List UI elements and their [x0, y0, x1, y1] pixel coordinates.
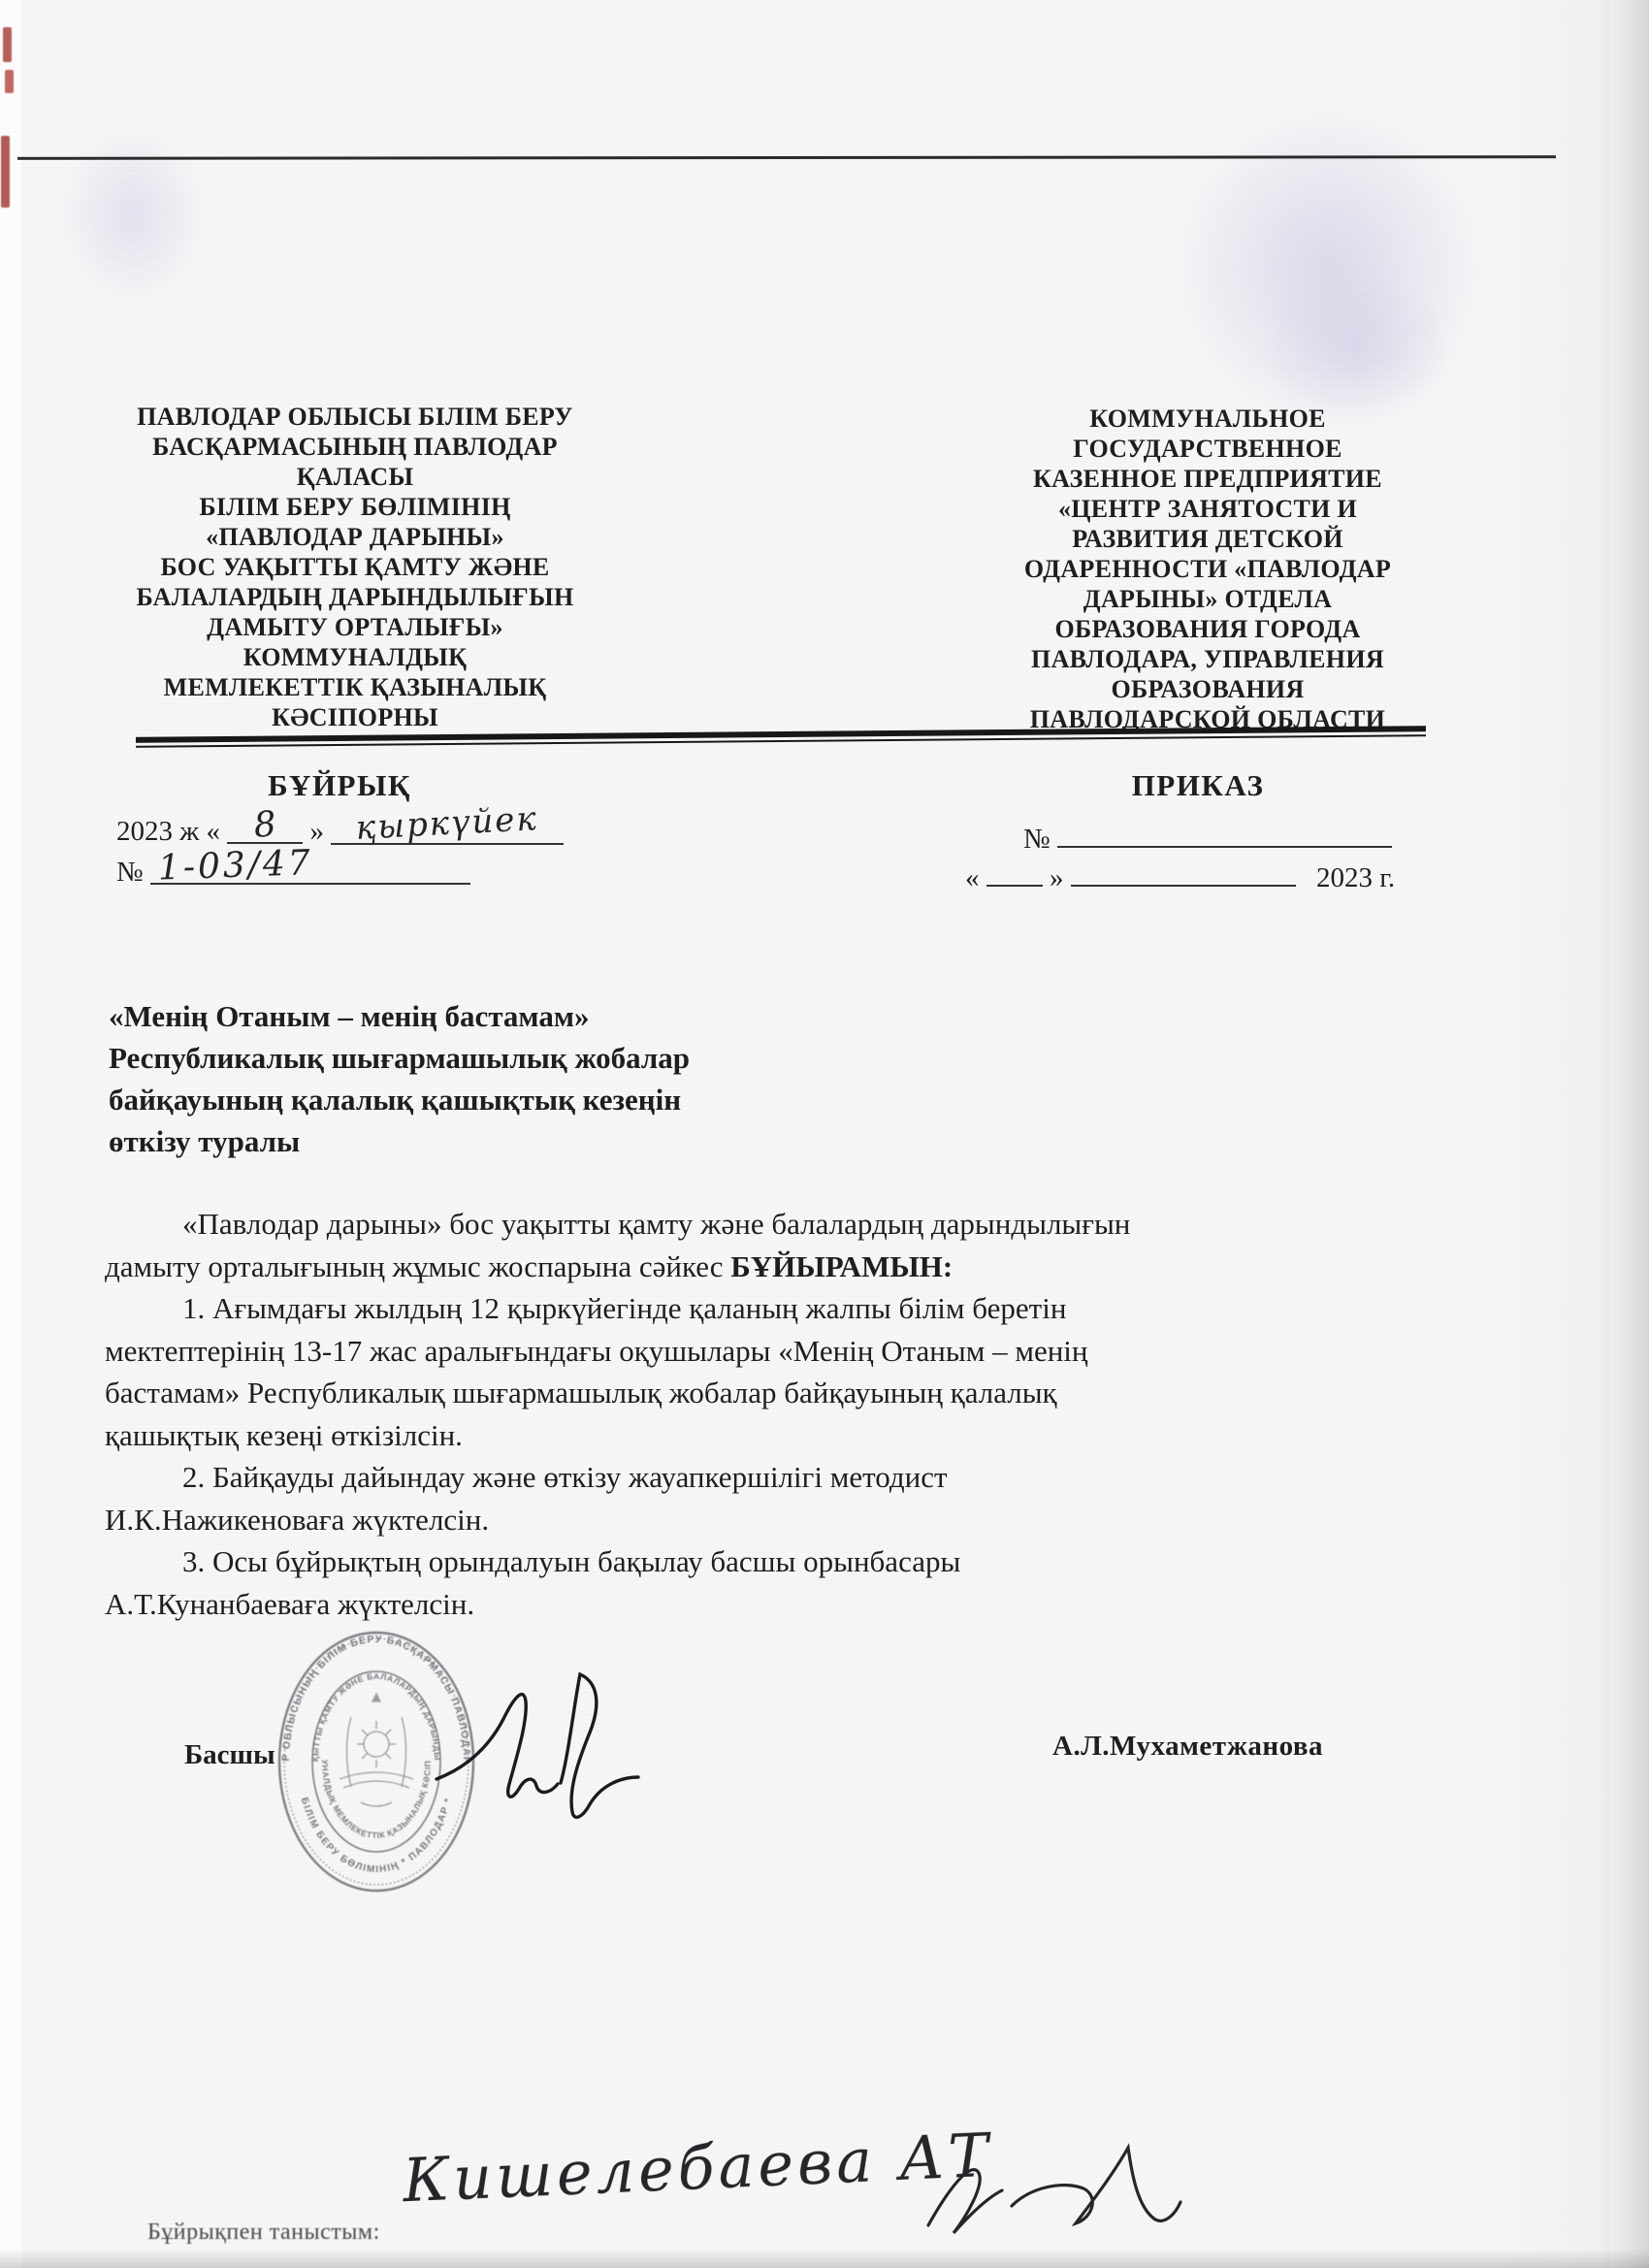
scan-right-shade: [1484, 0, 1610, 2268]
scanned-order-page: ПАВЛОДАР ОБЛЫСЫ БІЛІМ БЕРУБАСҚАРМАСЫНЫҢ …: [0, 0, 1649, 2268]
number-sign: №: [116, 857, 144, 888]
text-line: дамыту орталығының жұмыс жоспарына сәйке…: [105, 1246, 1409, 1288]
text-line: МЕМЛЕКЕТТІК ҚАЗЫНАЛЫҚ: [97, 672, 613, 702]
text-line: «Павлодар дарыны» бос уақытты қамту және…: [105, 1203, 1409, 1246]
text-line: ДАРЫНЫ» ОТДЕЛА: [954, 584, 1461, 614]
order-subject: «Менің Отаным – менің бастамам»Республик…: [109, 995, 846, 1162]
date-prefix: 2023 ж «: [116, 816, 220, 847]
letterhead-org-kazakh: ПАВЛОДАР ОБЛЫСЫ БІЛІМ БЕРУБАСҚАРМАСЫНЫҢ …: [97, 402, 613, 732]
acknowledgment-signature: [917, 2132, 1227, 2268]
date-quote-open: «: [965, 862, 980, 893]
text-line: КОММУНАЛЬНОЕ: [954, 404, 1461, 434]
order-number-line-kk: № 1-03/47: [116, 850, 470, 889]
year-suffix: 2023 г.: [1303, 862, 1395, 893]
order-number-line-ru: №: [1023, 813, 1392, 856]
scan-left-edge: [0, 0, 21, 2268]
date-quote-close: »: [1050, 862, 1064, 893]
text-line: ДАМЫТУ ОРТАЛЫҒЫ»: [97, 612, 613, 642]
text-line: КАЗЕННОЕ ПРЕДПРИЯТИЕ: [954, 464, 1461, 494]
day-blank: [986, 852, 1043, 887]
director-signature: [427, 1661, 650, 1840]
text-line: бастамам» Республикалық шығармашылық жоб…: [105, 1372, 1409, 1414]
text-line: ОДАРЕННОСТИ «ПАВЛОДАР: [954, 554, 1461, 584]
text-line: Республикалық шығармашылық жобалар: [109, 1037, 846, 1079]
order-body: «Павлодар дарыны» бос уақытты қамту және…: [105, 1203, 1409, 1625]
text-line: И.К.Нажикеноваға жүктелсін.: [105, 1499, 1409, 1541]
text-line: А.Т.Кунанбаеваға жүктелсін.: [105, 1583, 1409, 1626]
text-line: ОБРАЗОВАНИЯ ГОРОДА: [954, 614, 1461, 644]
text-line: 2. Байқауды дайындау және өткізу жауапке…: [105, 1456, 1409, 1499]
text-line: КОММУНАЛДЫҚ: [97, 642, 613, 672]
text-line: РАЗВИТИЯ ДЕТСКОЙ: [954, 524, 1461, 554]
month-blank: [1071, 852, 1296, 887]
acknowledgment-handwritten-name: Кишелебаева АТ: [402, 2120, 994, 2216]
stamp-emblem: [339, 1694, 413, 1806]
text-line: «ЦЕНТР ЗАНЯТОСТИ И: [954, 494, 1461, 524]
red-edge-mark: [1, 136, 10, 208]
red-edge-mark: [3, 27, 12, 62]
acknowledgment-label: Бұйрықпен таныстым:: [147, 2219, 380, 2246]
text-line: өткізу туралы: [109, 1120, 846, 1162]
order-title-ru: ПРИКАЗ: [1009, 768, 1387, 803]
order-date-line-kk: 2023 ж « 8 » қыркүйек: [116, 809, 564, 848]
number-slot: 1-03/47: [150, 850, 470, 885]
order-date-line-ru: « » 2023 г.: [965, 852, 1395, 894]
text-line: БАЛАЛАРДЫҢ ДАРЫНДЫЛЫҒЫН: [97, 582, 613, 612]
text-line: мектептерінің 13-17 жас аралығындағы оқу…: [105, 1330, 1409, 1373]
text-line: КӘСІПОРНЫ: [97, 702, 613, 732]
text-line: «ПАВЛОДАР ДАРЫНЫ»: [97, 522, 613, 552]
text-line: БІЛІМ БЕРУ БӨЛІМІНІҢ: [97, 492, 613, 522]
text-line: БАСҚАРМАСЫНЫҢ ПАВЛОДАР: [97, 432, 613, 462]
text-line: 1. Ағымдағы жылдың 12 қыркүйегінде қалан…: [105, 1287, 1409, 1330]
text-line: ПАВЛОДАРА, УПРАВЛЕНИЯ: [954, 644, 1461, 674]
signatory-name: А.Л.Мухаметжанова: [1052, 1731, 1323, 1763]
scan-bottom-edge: [0, 2249, 1649, 2268]
text-line: ПАВЛОДАР ОБЛЫСЫ БІЛІМ БЕРУ: [97, 402, 613, 432]
text-line: «Менің Отаным – менің бастамам»: [109, 995, 846, 1037]
number-sign: №: [1023, 824, 1051, 855]
text-line: 3. Осы бұйрықтың орындалуын бақылау басш…: [105, 1540, 1409, 1583]
text-line: ОБРАЗОВАНИЯ: [954, 674, 1461, 704]
scan-right-edge: [1599, 0, 1649, 2268]
date-month-slot: қыркүйек: [331, 810, 564, 845]
handwritten-number: 1-03/47: [149, 843, 313, 889]
text-line: ГОСУДАРСТВЕННОЕ: [954, 434, 1461, 464]
red-edge-mark: [5, 70, 14, 93]
text-line: қашықтық кезеңі өткізілсін.: [105, 1414, 1409, 1457]
letterhead-org-russian: КОММУНАЛЬНОЕГОСУДАРСТВЕННОЕКАЗЕННОЕ ПРЕД…: [954, 404, 1461, 734]
handwritten-month: қыркүйек: [355, 799, 539, 848]
text-line: БОС УАҚЫТТЫ ҚАМТУ ЖӘНЕ: [97, 552, 613, 582]
number-blank: [1057, 813, 1392, 848]
handwritten-day: 8: [252, 804, 277, 846]
text-line: байқауының қалалық қашықтық кезеңін: [109, 1079, 846, 1120]
date-day-slot: 8: [227, 809, 303, 844]
ink-smudge: [60, 128, 206, 303]
text-line: ҚАЛАСЫ: [97, 462, 613, 492]
order-title-kk: БҰЙРЫҚ: [145, 768, 533, 803]
signatory-role: Басшы: [184, 1739, 275, 1771]
